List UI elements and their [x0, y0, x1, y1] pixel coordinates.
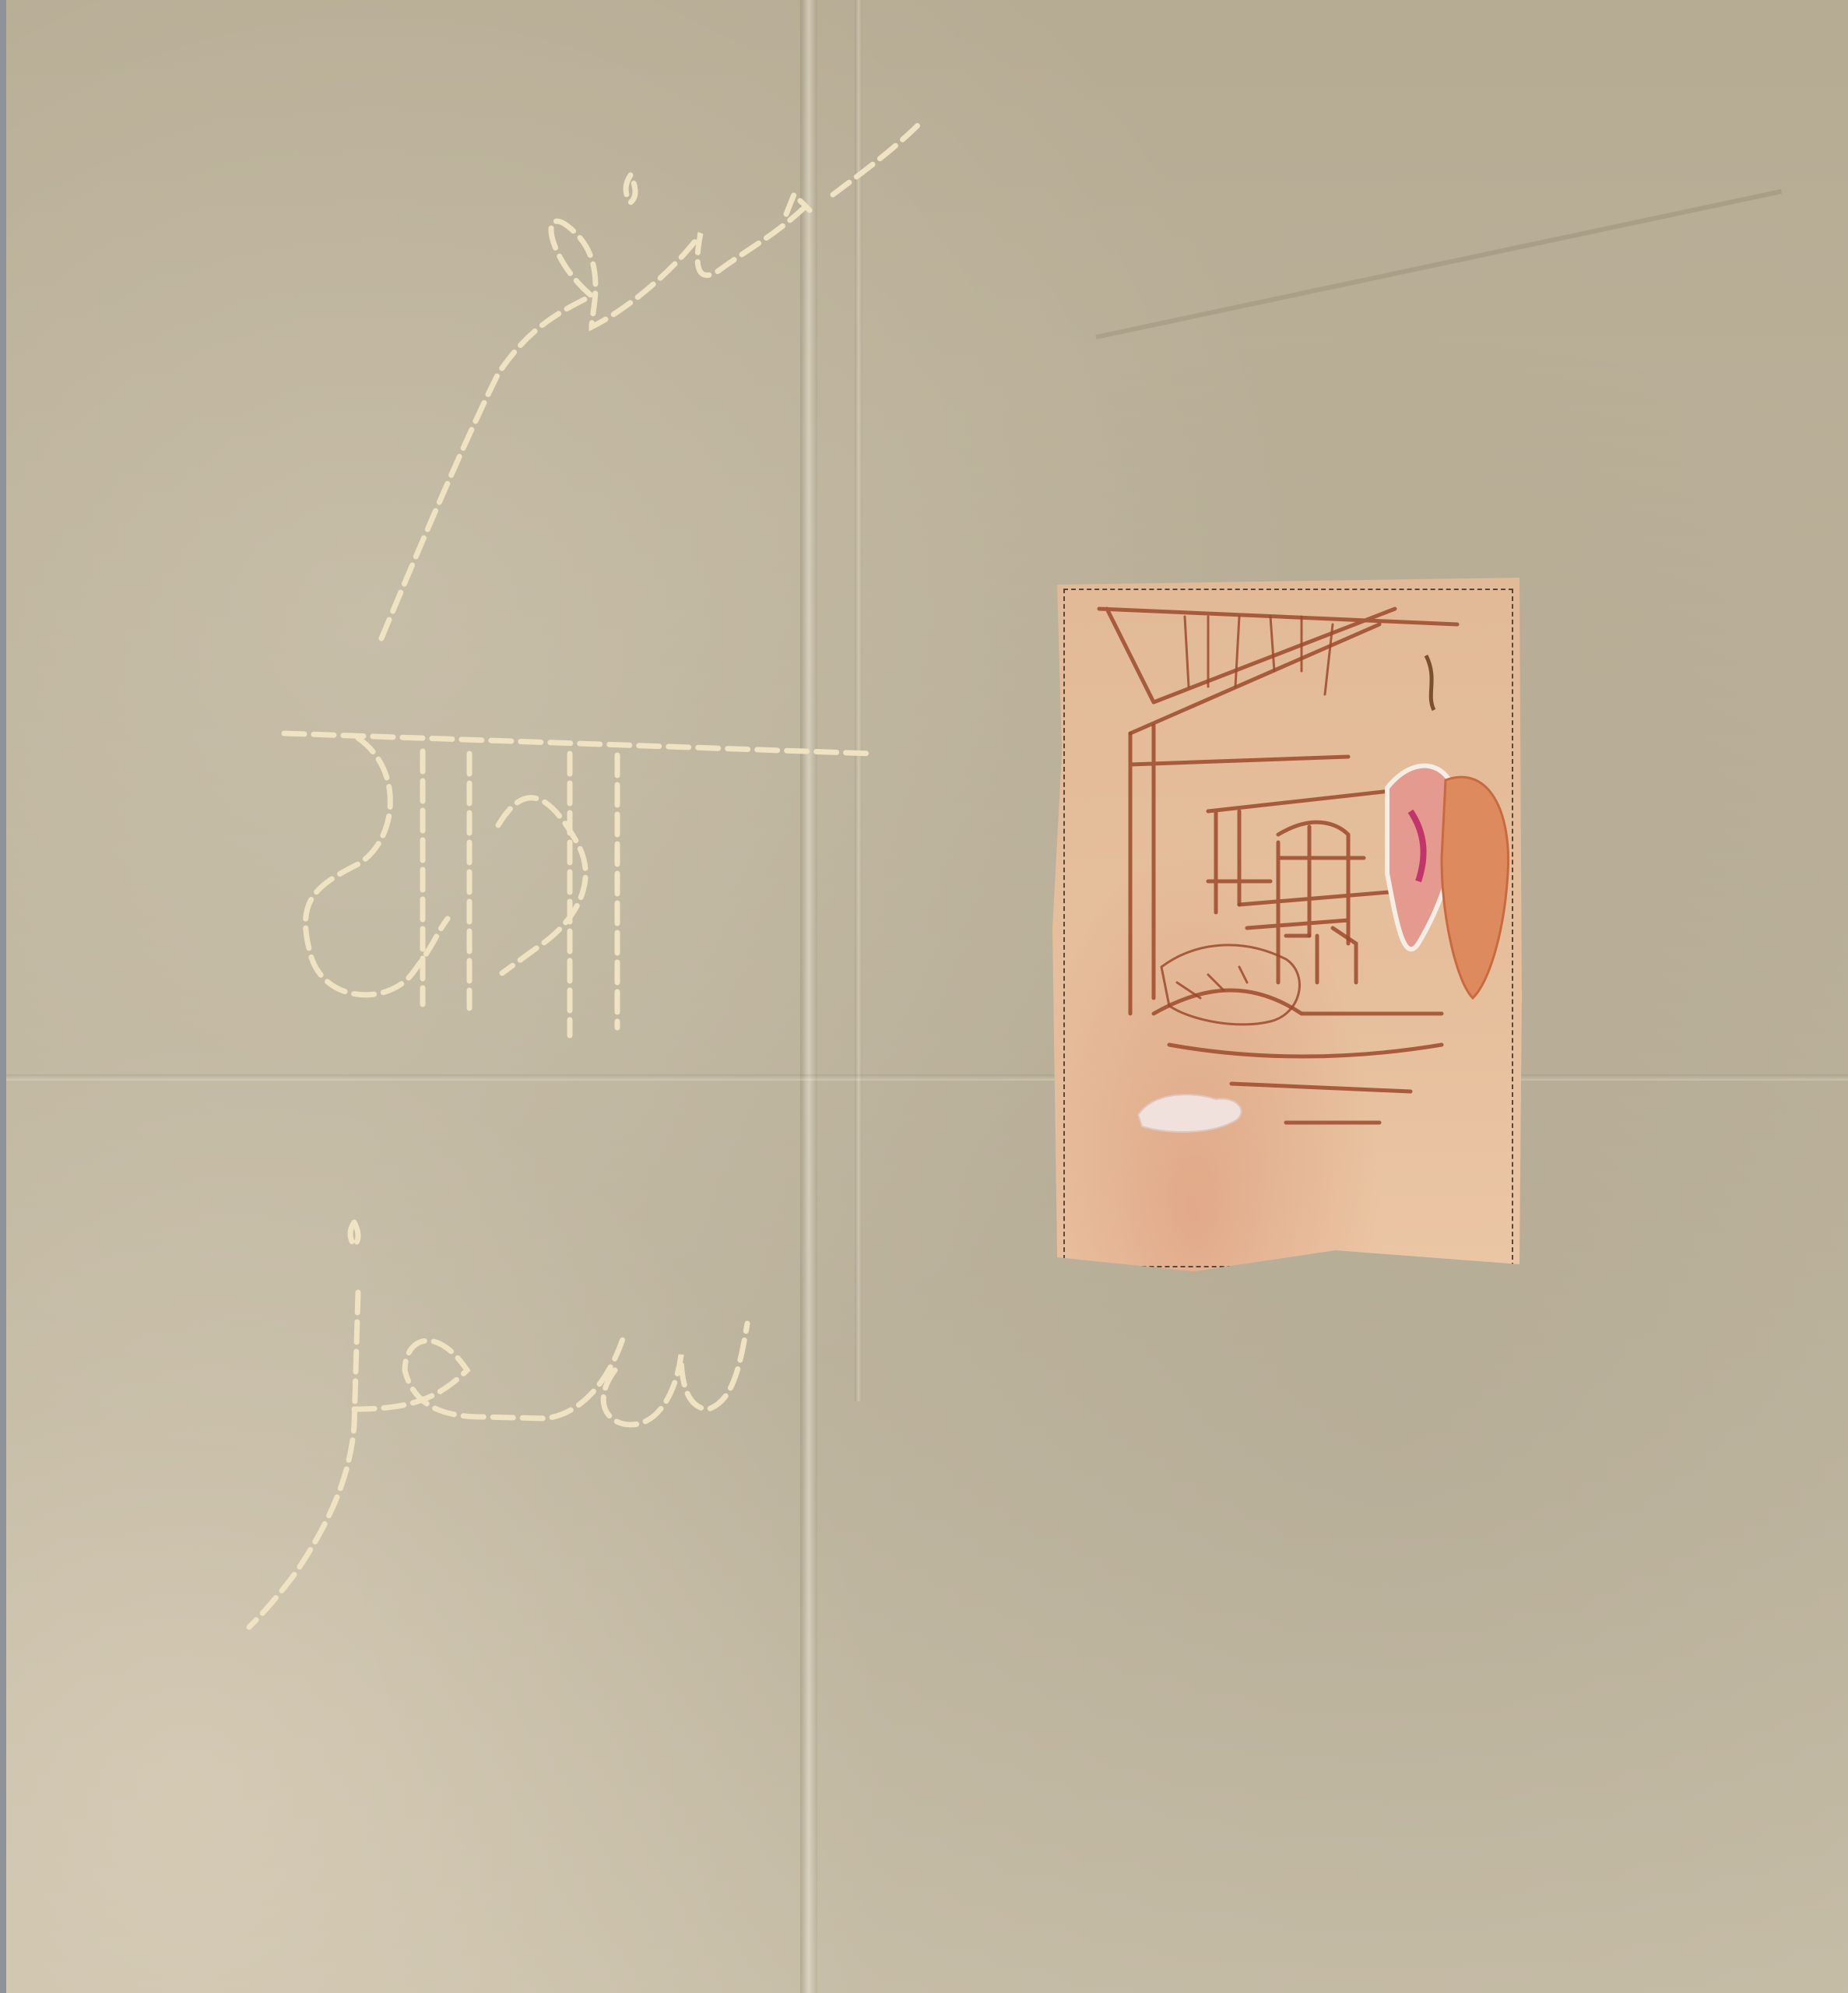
stitched-text — [0, 0, 1848, 1993]
resting-dog — [1161, 945, 1299, 1025]
stitched-word-center — [284, 733, 872, 1035]
stitched-glyph-top — [381, 125, 919, 638]
sketch-illustration — [1052, 578, 1524, 1278]
hanging-meat — [1387, 656, 1509, 998]
artwork-photo — [0, 0, 1848, 1993]
stitched-glyph-bottom — [249, 1222, 747, 1627]
collage-drawing — [1052, 578, 1524, 1278]
white-cloth — [1138, 1095, 1242, 1132]
